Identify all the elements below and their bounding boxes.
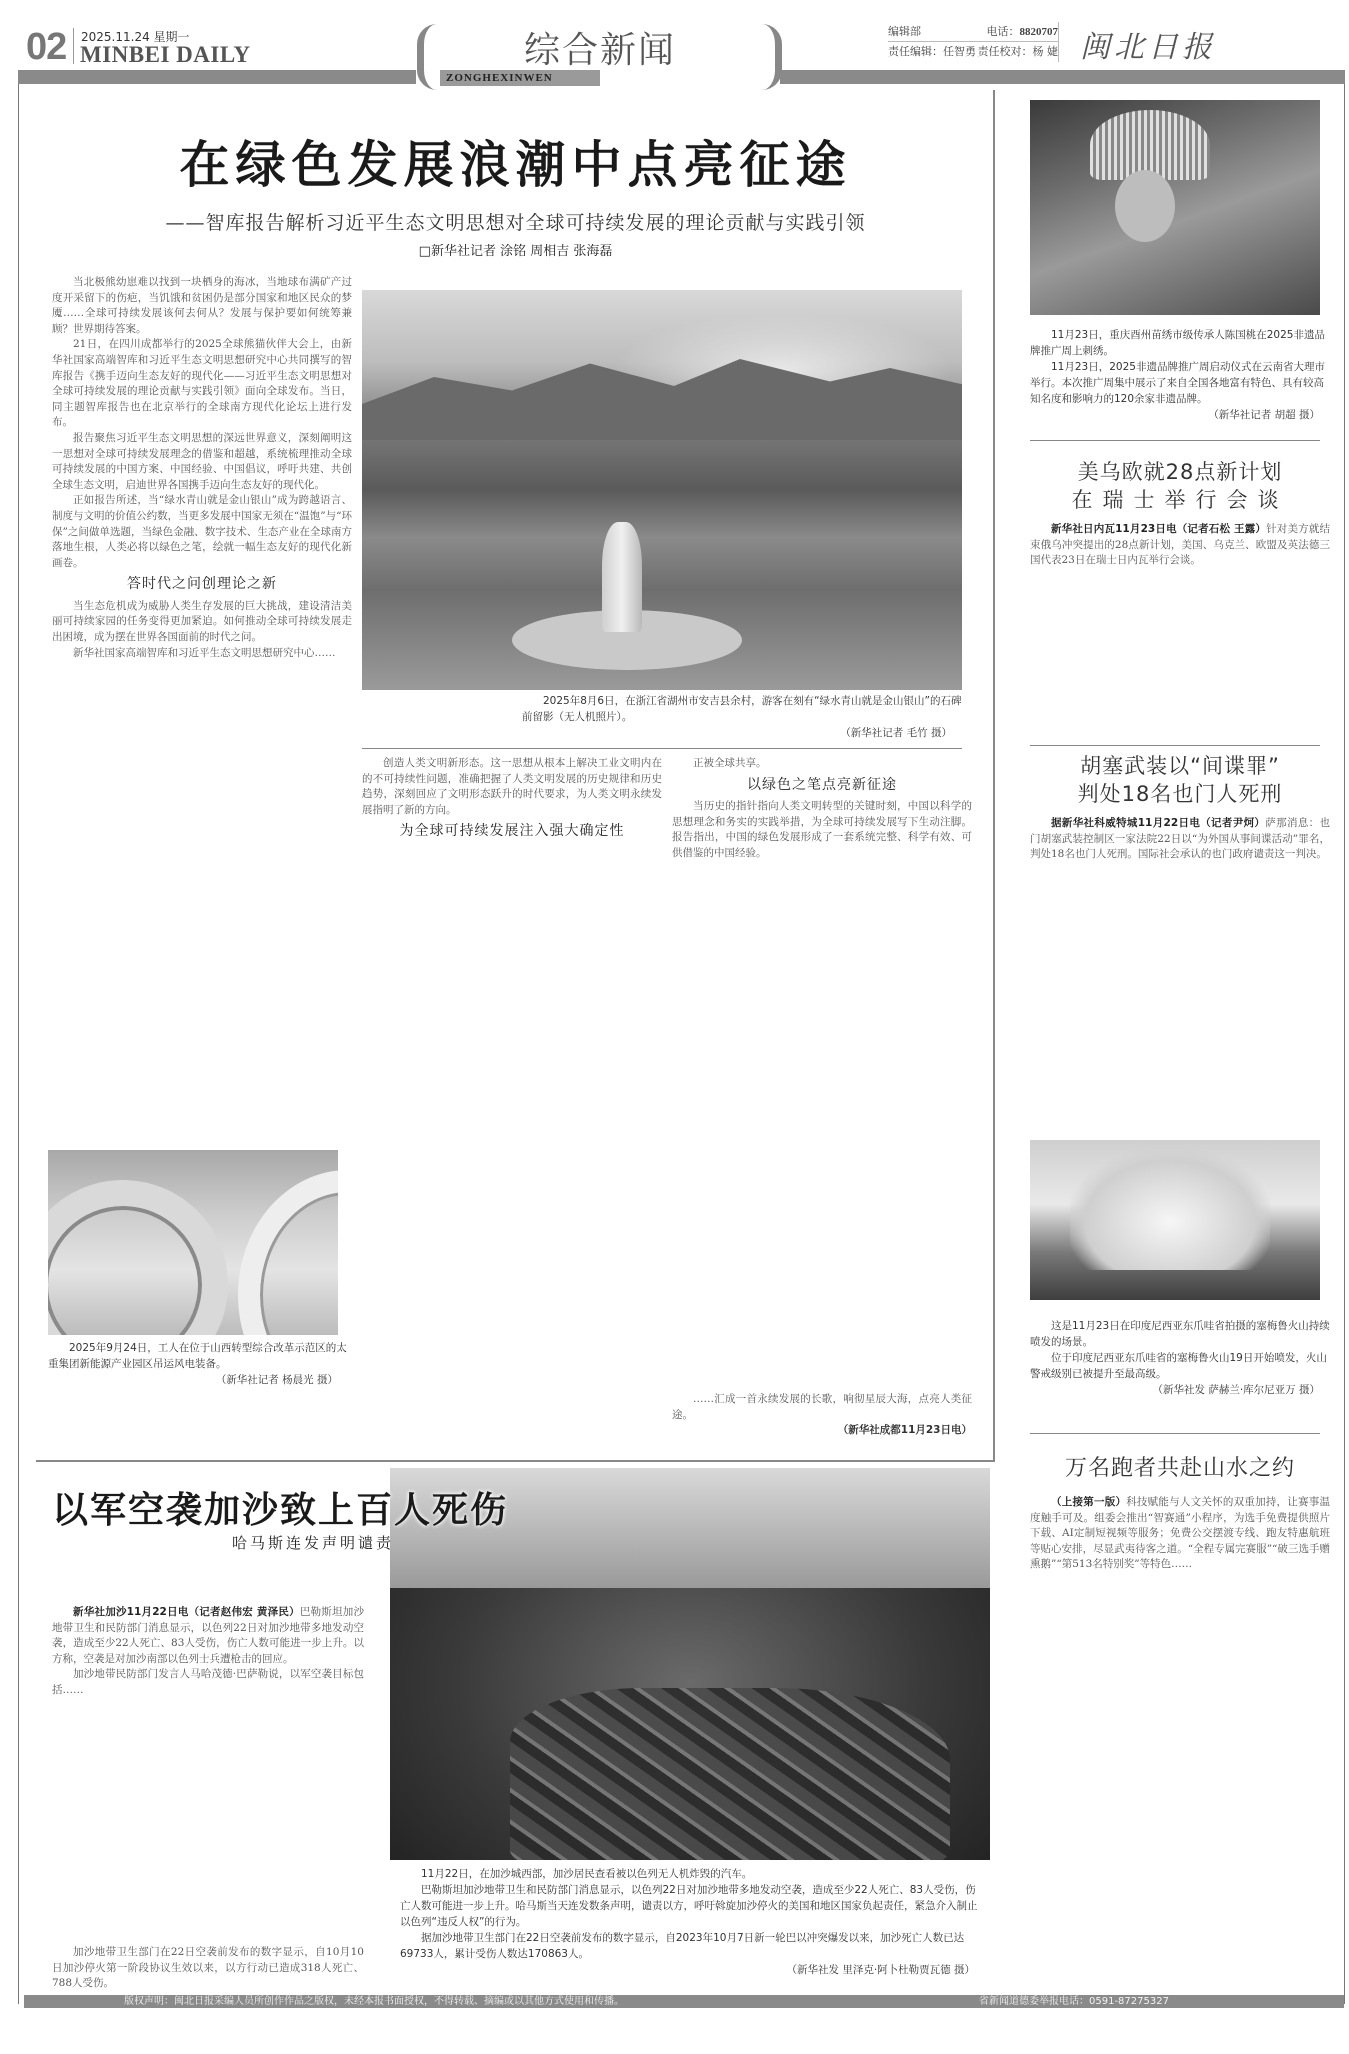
divider bbox=[1030, 1433, 1320, 1434]
lead-paragraph: 报告聚焦习近平生态文明思想的深远世界意义，深刻阐明这一思想对全球可持续发展理念的… bbox=[52, 431, 352, 493]
caption-text: 2025年9月24日，工人在位于山西转型综合改革示范区的太重集团新能源产业园区吊… bbox=[48, 1340, 348, 1372]
lead-paragraph: 当北极熊幼崽难以找到一块栖身的海冰，当地球布满矿产过度开采留下的伤疤，当饥饿和贫… bbox=[52, 275, 352, 337]
page-number: 02 bbox=[26, 26, 66, 69]
gaza-closing: 加沙地带卫生部门在22日空袭前发布的数字显示，自10月10日加沙停火第一阶段协议… bbox=[52, 1945, 364, 1992]
caption-text: 11月23日，2025非遗品牌推广周启动仪式在云南省大理市举行。本次推广周集中展… bbox=[1030, 359, 1330, 407]
section-title-en: ZONGHEXINWEN bbox=[440, 70, 600, 86]
yemen-paragraph: 据新华社科威特城11月22日电（记者尹炣）萨那消息：也门胡塞武装控制区一家法院2… bbox=[1030, 816, 1330, 863]
caption-text: 11月23日，重庆酉州苗绣市级传承人陈国桃在2025非遗品牌推广周上刺绣。 bbox=[1030, 327, 1330, 359]
ukraine-paragraph: 新华社日内瓦11月23日电（记者石松 王露）针对美方就结束俄乌冲突提出的28点新… bbox=[1030, 522, 1330, 569]
marathon-headline: 万名跑者共赴山水之约 bbox=[1030, 1455, 1330, 1483]
photo-semeru-volcano bbox=[1030, 1140, 1320, 1300]
photo-anji-stone-tablet bbox=[362, 290, 962, 690]
section-title: 综合新闻 bbox=[440, 22, 760, 73]
caption-text: 11月22日，在加沙城西部，加沙居民查看被以色列无人机炸毁的汽车。 bbox=[400, 1866, 985, 1882]
gaza-lead-bold: 新华社加沙11月22日电（记者赵伟宏 黄泽民） bbox=[73, 1606, 300, 1618]
lead-paragraph: 正被全球共享。 bbox=[672, 756, 972, 772]
photo-caption-anji: 2025年8月6日，在浙江省湖州市安吉县余村，游客在刻有“绿水青山就是金山银山”… bbox=[522, 693, 962, 741]
paper-name-en: MINBEI DAILY bbox=[80, 42, 251, 68]
masthead-bar-left bbox=[18, 70, 416, 84]
lead-paragraph: 正如报告所述，当“绿水青山就是金山银山”成为跨越语言、制度与文明的价值公约数，当… bbox=[52, 493, 352, 571]
photo-ring bbox=[238, 1170, 338, 1335]
gaza-paragraph: 加沙地带民防部门发言人马哈茂德·巴萨勒说，以军空袭目标包括…… bbox=[52, 1667, 364, 1698]
photo-wind-turbine-factory bbox=[48, 1150, 338, 1335]
gaza-body: 新华社加沙11月22日电（记者赵伟宏 黄泽民）巴勒斯坦加沙地带卫生和民防部门消息… bbox=[52, 1605, 364, 1945]
ukraine-headline-1: 美乌欧就28点新计划 bbox=[1030, 458, 1330, 486]
photo-caption-volcano: 这是11月23日在印度尼西亚东爪哇省拍摄的塞梅鲁火山持续喷发的场景。 位于印度尼… bbox=[1030, 1318, 1330, 1398]
divider bbox=[1030, 745, 1320, 746]
footer-bar: 版权声明：闽北日报采编人员所创作作品之版权，未经本报书面授权，不得转载、摘编或以… bbox=[24, 1995, 1344, 2008]
section-bracket-left bbox=[417, 24, 437, 90]
yemen-headline-2: 判处18名也门人死刑 bbox=[1030, 780, 1330, 808]
phone-line: 电话：8820707 bbox=[987, 22, 1059, 41]
marathon-paragraph: （上接第一版）科技赋能与人文关怀的双重加持，让赛事温度触手可及。组委会推出“智赛… bbox=[1030, 1495, 1330, 1573]
divider bbox=[362, 748, 962, 749]
paper-logo: 闽北日报 bbox=[1080, 22, 1216, 66]
editorial-info: 编辑部 电话：8820707 责任编辑：任智勇 责任校对：杨 婕 bbox=[888, 22, 1058, 60]
lead-column-1: 当北极熊幼崽难以找到一块栖身的海冰，当地球布满矿产过度开采留下的伤疤，当饥饿和贫… bbox=[52, 275, 352, 1135]
photo-stone bbox=[602, 522, 642, 632]
gaza-subheadline: 哈马斯连发声明谴责 bbox=[232, 1532, 394, 1553]
masthead-vrule bbox=[1058, 22, 1059, 62]
caption-text: 巴勒斯坦加沙地带卫生和民防部门消息显示，以色列22日对加沙地带多地发动空袭，造成… bbox=[400, 1882, 985, 1930]
masthead-bar-right bbox=[780, 70, 1345, 84]
lead-paragraph: ……汇成一首永续发展的长歌，响彻星辰大海，点亮人类征途。 bbox=[672, 1392, 972, 1423]
divider bbox=[1030, 440, 1320, 441]
lead-paragraph: 当生态危机成为威胁人类生存发展的巨大挑战，建设清洁美丽可持续家园的任务变得更加紧… bbox=[52, 599, 352, 646]
photo-face bbox=[1115, 170, 1175, 242]
caption-text: 这是11月23日在印度尼西亚东爪哇省拍摄的塞梅鲁火山持续喷发的场景。 bbox=[1030, 1318, 1330, 1350]
masthead-divider bbox=[73, 28, 74, 64]
gaza-paragraph: 新华社加沙11月22日电（记者赵伟宏 黄泽民）巴勒斯坦加沙地带卫生和民防部门消息… bbox=[52, 1605, 364, 1667]
lead-paragraph: 新华社国家高端智库和习近平生态文明思想研究中心…… bbox=[52, 646, 352, 662]
proofreader: 责任校对：杨 婕 bbox=[978, 42, 1059, 60]
ukraine-lead-bold: 新华社日内瓦11月23日电（记者石松 王露） bbox=[1051, 523, 1266, 535]
story-ukraine: 美乌欧就28点新计划 在瑞士举行会谈 新华社日内瓦11月23日电（记者石松 王露… bbox=[1030, 458, 1330, 732]
lead-closing: ……汇成一首永续发展的长歌，响彻星辰大海，点亮人类征途。 （新华社成都11月23… bbox=[672, 1392, 972, 1439]
editorial-dept: 编辑部 bbox=[888, 22, 921, 41]
marathon-body: （上接第一版）科技赋能与人文关怀的双重加持，让赛事温度触手可及。组委会推出“智赛… bbox=[1030, 1495, 1330, 2015]
copyright-notice: 版权声明：闽北日报采编人员所创作作品之版权，未经本报书面授权，不得转载、摘编或以… bbox=[124, 1995, 624, 2008]
caption-credit: （新华社记者 胡超 摄） bbox=[1030, 407, 1330, 423]
yemen-body: 据新华社科威特城11月22日电（记者尹炣）萨那消息：也门胡塞武装控制区一家法院2… bbox=[1030, 816, 1330, 1126]
lead-paragraph: 当历史的指针指向人类文明转型的关键时刻，中国以科学的思想理念和务实的实践举措，为… bbox=[672, 799, 972, 861]
marathon-lead-bold: （上接第一版） bbox=[1051, 1496, 1126, 1508]
gaza-paragraph: 加沙地带卫生部门在22日空袭前发布的数字显示，自10月10日加沙停火第一阶段协议… bbox=[52, 1945, 364, 1992]
lead-column-2: 创造人类文明新形态。这一思想从根本上解决工业文明内在的不可持续性问题，准确把握了… bbox=[362, 756, 662, 1436]
ethics-hotline: 省新闻道德委举报电话：0591-87275327 bbox=[979, 1995, 1169, 2008]
lead-byline: □新华社记者 涂铭 周相吉 张海磊 bbox=[36, 240, 995, 259]
story-marathon: 万名跑者共赴山水之约 （上接第一版）科技赋能与人文关怀的双重加持，让赛事温度触手… bbox=[1030, 1455, 1330, 2015]
story-yemen: 胡塞武装以“间谍罪” 判处18名也门人死刑 据新华社科威特城11月22日电（记者… bbox=[1030, 752, 1330, 1126]
phone-number: 8820707 bbox=[1020, 26, 1059, 38]
masthead: 02 2025.11.24 星期一 MINBEI DAILY 综合新闻 ZONG… bbox=[0, 0, 1349, 90]
photo-caption-factory: 2025年9月24日，工人在位于山西转型综合改革示范区的太重集团新能源产业园区吊… bbox=[48, 1340, 348, 1388]
photo-caption-embroidery: 11月23日，重庆酉州苗绣市级传承人陈国桃在2025非遗品牌推广周上刺绣。 11… bbox=[1030, 327, 1330, 423]
photo-wreck bbox=[510, 1688, 950, 1860]
lead-paragraph: 创造人类文明新形态。这一思想从根本上解决工业文明内在的不可持续性问题，准确把握了… bbox=[362, 756, 662, 818]
page-edge-right bbox=[1344, 84, 1345, 2004]
lead-subheadline: ——智库报告解析习近平生态文明思想对全球可持续发展的理论贡献与实践引领 bbox=[36, 208, 995, 235]
lead-subhead-1: 答时代之问创理论之新 bbox=[52, 577, 352, 593]
responsible-editor: 责任编辑：任智勇 bbox=[888, 42, 976, 60]
yemen-headline-1: 胡塞武装以“间谍罪” bbox=[1030, 752, 1330, 780]
lead-headline: 在绿色发展浪潮中点亮征途 bbox=[36, 125, 995, 197]
photo-ridge bbox=[362, 350, 962, 440]
caption-text: 2025年8月6日，在浙江省湖州市安吉县余村，游客在刻有“绿水青山就是金山银山”… bbox=[522, 693, 962, 725]
photo-plume bbox=[1070, 1150, 1270, 1270]
section-bracket-right bbox=[762, 24, 782, 90]
photo-ring bbox=[48, 1180, 228, 1335]
page-edge-left bbox=[18, 84, 19, 2004]
gaza-headline: 以军空袭加沙致上百人死伤 bbox=[52, 1482, 508, 1533]
yemen-lead-bold: 据新华社科威特城11月22日电（记者尹炣） bbox=[1051, 817, 1265, 829]
ukraine-body: 新华社日内瓦11月23日电（记者石松 王露）针对美方就结束俄乌冲突提出的28点新… bbox=[1030, 522, 1330, 732]
lead-dateline: （新华社成都11月23日电） bbox=[672, 1423, 972, 1439]
caption-credit: （新华社记者 杨晨光 摄） bbox=[48, 1372, 348, 1388]
lead-column-3: 正被全球共享。 以绿色之笔点亮新征途 当历史的指针指向人类文明转型的关键时刻，中… bbox=[672, 756, 972, 1436]
caption-credit: （新华社发 萨赫兰·库尔尼亚万 摄） bbox=[1030, 1382, 1330, 1398]
lead-paragraph: 21日，在四川成都举行的2025全球熊猫伙伴大会上，由新华社国家高端智库和习近平… bbox=[52, 337, 352, 431]
phone-label: 电话： bbox=[987, 25, 1020, 38]
ukraine-headline-2: 在瑞士举行会谈 bbox=[1030, 486, 1330, 514]
caption-credit: （新华社发 里泽克·阿卜杜勒贾瓦德 摄） bbox=[400, 1962, 985, 1978]
lead-subhead-3: 以绿色之笔点亮新征途 bbox=[672, 778, 972, 794]
photo-miao-embroidery bbox=[1030, 100, 1320, 315]
photo-headdress bbox=[1090, 110, 1210, 180]
caption-text: 据加沙地带卫生部门在22日空袭前发布的数字显示，自2023年10月7日新一轮巴以… bbox=[400, 1930, 985, 1962]
caption-credit: （新华社记者 毛竹 摄） bbox=[522, 725, 962, 741]
caption-text: 位于印度尼西亚东爪哇省的塞梅鲁火山19日开始喷发，火山警戒级别已被提升至最高级。 bbox=[1030, 1350, 1330, 1382]
photo-caption-gaza: 11月22日，在加沙城西部，加沙居民查看被以色列无人机炸毁的汽车。 巴勒斯坦加沙… bbox=[400, 1866, 985, 1978]
lead-subhead-2: 为全球可持续发展注入强大确定性 bbox=[362, 824, 662, 840]
